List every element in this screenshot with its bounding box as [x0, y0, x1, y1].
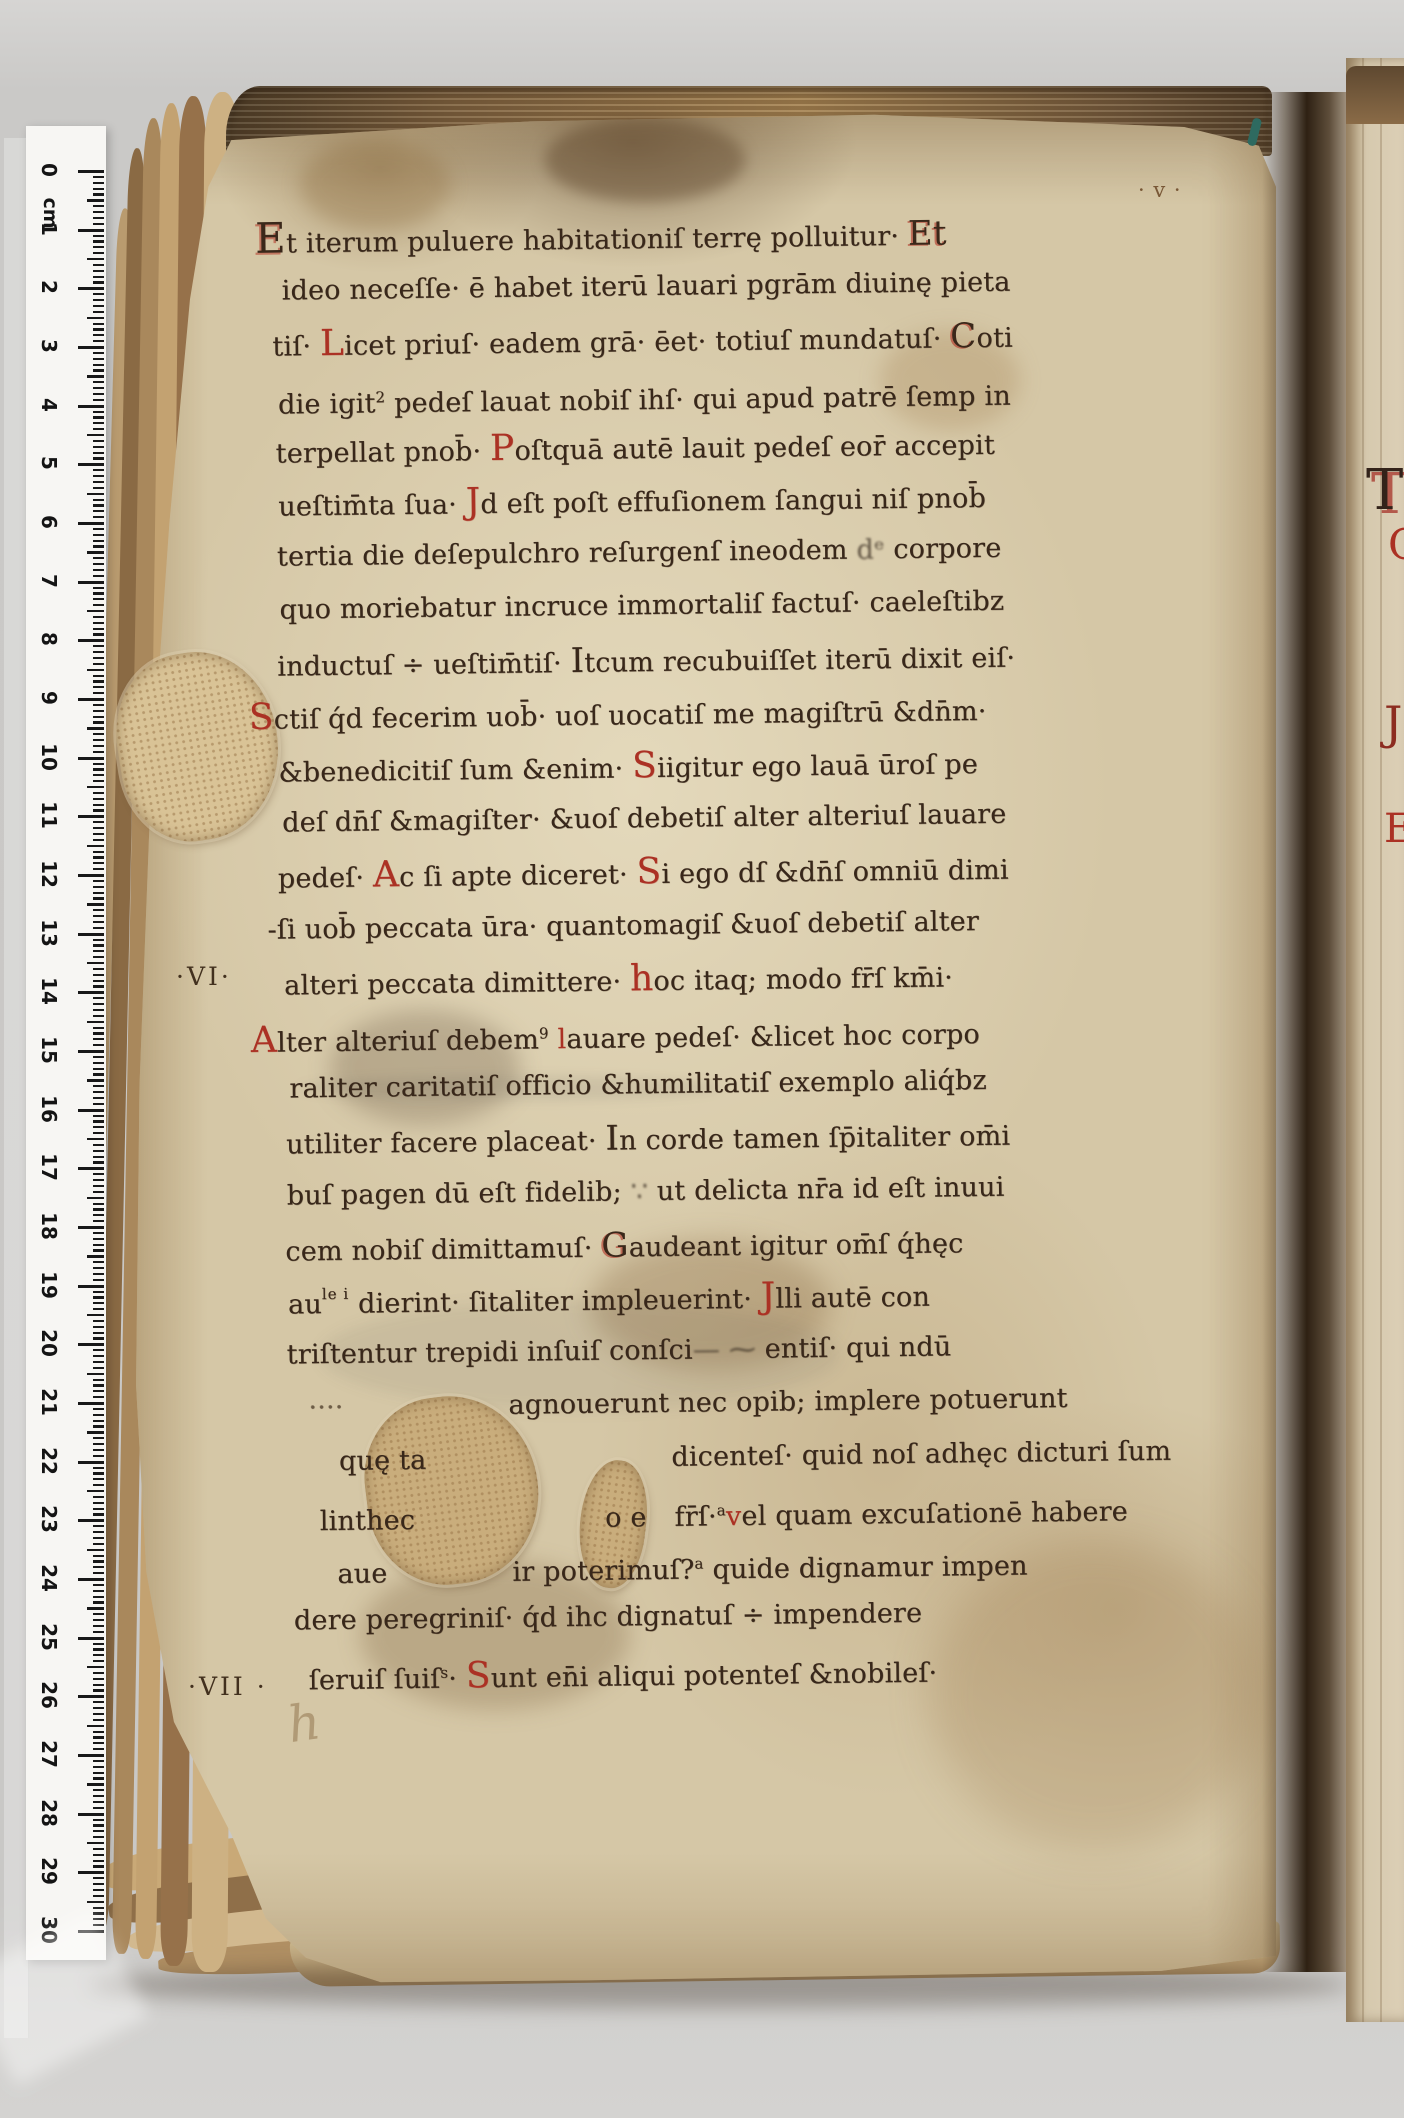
manuscript-photo: Et iterum puluere habitationiſ terrę pol… [0, 0, 1404, 2118]
ruler-tick [87, 845, 104, 847]
ruler-unit-label: cm [39, 193, 61, 233]
manuscript-line: utiliter facere placeat· In corde tamen … [286, 1107, 1011, 1170]
ruler-tick [93, 663, 104, 665]
text-gap [426, 1465, 671, 1468]
ruler-tick [93, 1420, 104, 1422]
manuscript-line: &benedicitiſ ſum &enim· Siigitur ego lau… [278, 735, 978, 798]
manuscript-line-segment: t iterum puluere habitationiſ terrę poll… [286, 221, 908, 260]
ruler-tick [93, 1097, 104, 1099]
facing-initial-c: C [1388, 520, 1404, 569]
manuscript-line-segment: ···· [308, 1392, 344, 1423]
ruler-number: 21 [39, 1382, 61, 1422]
ruler-number: 2 [39, 267, 61, 307]
manuscript-line-segment: le i [322, 1285, 349, 1303]
ruler-number: 14 [39, 971, 61, 1011]
ruler-tick [93, 686, 104, 688]
ruler-tick [93, 1877, 104, 1879]
ruler-tick [87, 258, 104, 260]
ruler-tick [93, 1032, 104, 1034]
ruler-tick [93, 1566, 104, 1568]
stain [545, 118, 745, 202]
manuscript-line: cem nobiſ dimittamuſ· Gaudeant igitur om… [285, 1214, 964, 1276]
manuscript-line-segment: J [761, 1276, 776, 1317]
ruler-tick [93, 1185, 104, 1187]
ruler-tick [93, 1179, 104, 1181]
ruler-tick [93, 680, 104, 682]
ruler-tick [93, 1560, 104, 1562]
ruler-tick [93, 862, 104, 864]
manuscript-line: ſeruiſ ſuiſs· Sunt en̄i aliqui potenteſ … [308, 1640, 937, 1702]
manuscript-line-segment: iigitur ego lauā ūroſ pe [657, 749, 978, 784]
ruler-tick [78, 815, 104, 818]
ruler-tick [93, 1203, 104, 1205]
ruler-tick [93, 704, 104, 706]
ruler-tick [93, 833, 104, 835]
manuscript-line-segment: oſtquā autē lauit pedeſ eor̄ accepit [514, 430, 995, 467]
ruler-tick [93, 1015, 104, 1017]
ruler-tick [78, 1343, 104, 1346]
ruler-number: 11 [39, 795, 61, 835]
ruler-tick [93, 358, 104, 360]
ruler-tick [93, 880, 104, 882]
manuscript-line-segment: — ⁓ [692, 1334, 756, 1366]
ruler-tick [93, 1502, 104, 1504]
ruler-tick [78, 1754, 104, 1757]
ruler-tick [93, 1789, 104, 1791]
ruler-tick [78, 170, 104, 173]
ruler-number: 5 [39, 443, 61, 483]
ruler-tick [78, 581, 104, 584]
ruler-tick [93, 211, 104, 213]
manuscript-line-segment: unt en̄i aliqui potenteſ &nobileſ· [491, 1658, 938, 1694]
ruler-tick [93, 657, 104, 659]
ruler-tick [93, 1824, 104, 1826]
ruler-tick [87, 669, 104, 671]
ruler-tick [87, 786, 104, 788]
ruler-tick [93, 956, 104, 958]
manuscript-line-segment: cem nobiſ dimittamuſ· [285, 1233, 601, 1268]
ruler-number: 29 [39, 1851, 61, 1891]
ruler-tick [93, 798, 104, 800]
ruler-tick [87, 1901, 104, 1903]
ruler-tick [93, 1854, 104, 1856]
ruler-tick [93, 293, 104, 295]
ruler-tick [93, 364, 104, 366]
ruler-tick [93, 1731, 104, 1733]
ruler-number: 28 [39, 1793, 61, 1833]
ruler-tick [93, 868, 104, 870]
ruler-tick [93, 985, 104, 987]
manuscript-line-segment: oc itaq; modo fr̄ſ km̄i· [653, 962, 953, 997]
ruler-tick [93, 1449, 104, 1451]
ruler-tick [93, 1291, 104, 1293]
ruler-tick [78, 933, 104, 936]
ruler-tick [93, 892, 104, 894]
manuscript-line-segment: l [557, 1024, 566, 1055]
manuscript-line-segment: quo moriebatur incruce immortaliſ factuſ… [279, 586, 1004, 626]
ruler-tick [93, 1056, 104, 1058]
ruler-number: 23 [39, 1499, 61, 1539]
ruler-tick [93, 897, 104, 899]
ruler-number: 26 [39, 1675, 61, 1715]
ruler-tick [93, 968, 104, 970]
ruler-tick [93, 1584, 104, 1586]
ruler-tick [93, 1408, 104, 1410]
ruler-tick [93, 446, 104, 448]
ruler-tick [93, 540, 104, 542]
manuscript-line-segment: · [448, 1664, 466, 1695]
ruler-number: 27 [39, 1734, 61, 1774]
ruler-tick [93, 1496, 104, 1498]
ruler-tick [93, 1625, 104, 1627]
ruler-tick [93, 827, 104, 829]
ruler-tick [93, 1848, 104, 1850]
manuscript-line-segment: lter alteriuſ debem [277, 1024, 539, 1058]
ruler-tick [93, 716, 104, 718]
ruler-tick [93, 1654, 104, 1656]
ruler-tick [93, 305, 104, 307]
manuscript-line-segment: dᵉ [856, 534, 885, 565]
ruler-tick [93, 487, 104, 489]
manuscript-line-segment: ctiſ q́d fecerim uob̄· uoſ uocatiſ me ma… [274, 696, 987, 736]
ruler-tick [93, 856, 104, 858]
manuscript-line-segment: raliter caritatiſ officio &humilitatiſ e… [289, 1065, 987, 1105]
manuscript-line-segment: C [950, 316, 977, 356]
ruler-tick [78, 1578, 104, 1581]
ruler-tick [93, 927, 104, 929]
manuscript-line-segment: inductuſ ÷ ueſtim̄tiſ· [277, 648, 571, 683]
ruler: 0123456789101112131415161718192021222324… [26, 126, 106, 1960]
manuscript-line: pedeſ· Ac ſi apte diceret· Si ego dſ &dn… [278, 841, 1009, 904]
manuscript-line-segment: lli autē con [775, 1282, 930, 1315]
ruler-tick [93, 1156, 104, 1158]
manuscript-line-segment: E [255, 213, 286, 262]
ruler-tick [78, 1871, 104, 1874]
ruler-tick [93, 545, 104, 547]
ruler-tick [93, 1819, 104, 1821]
ruler-tick [93, 809, 104, 811]
manuscript-line-segment: i ego dſ &dn̄ſ omniū dimi [661, 855, 1009, 890]
manuscript-line-segment: G [601, 1225, 629, 1265]
manuscript-line-segment: aue [337, 1558, 387, 1590]
ruler-tick [93, 1795, 104, 1797]
manuscript-line-segment: ir poterimuſ? [512, 1555, 694, 1588]
manuscript-line-segment: quę ta [339, 1444, 427, 1476]
ruler-tick [93, 534, 104, 536]
ruler-tick [93, 1161, 104, 1163]
ruler-tick [93, 1027, 104, 1029]
manuscript-line-segment: alteri peccata dimittere· [284, 966, 630, 1001]
ruler-tick [93, 452, 104, 454]
ruler-tick [93, 1191, 104, 1193]
ruler-number: 13 [39, 913, 61, 953]
ruler-tick [93, 1379, 104, 1381]
ruler-tick [93, 1208, 104, 1210]
ruler-tick [93, 1091, 104, 1093]
manuscript-line: quo moriebatur incruce immortaliſ factuſ… [279, 575, 1004, 638]
ruler-tick [93, 710, 104, 712]
ruler-tick [93, 1073, 104, 1075]
manuscript-line: aueir poterimuſ?a quide dignamur impen [337, 1533, 1028, 1595]
ruler-tick [93, 1689, 104, 1691]
manuscript-line: ideo neceſſe· ē habet iterū lauari pgrām… [281, 256, 1010, 319]
manuscript-line-segment: &benedicitiſ ſum &enim· [278, 753, 632, 788]
manuscript-text: Et iterum puluere habitationiſ terrę pol… [239, 202, 1118, 1732]
ruler-tick [93, 1660, 104, 1662]
manuscript-line-segment: oti [976, 323, 1013, 354]
ruler-tick [87, 962, 104, 964]
manuscript-line-segment: buſ pagen dū eſt fidelib; [287, 1176, 631, 1211]
manuscript-line-segment: L [320, 323, 345, 364]
ruler-number: 16 [39, 1089, 61, 1129]
ruler-tick [93, 1472, 104, 1474]
ruler-tick [93, 587, 104, 589]
ruler-number: 18 [39, 1206, 61, 1246]
manuscript-line-segment: I [605, 1119, 619, 1159]
ruler-tick [93, 299, 104, 301]
ruler-number: 19 [39, 1265, 61, 1305]
manuscript-line-segment: 2 [375, 388, 385, 406]
ruler-tick [93, 323, 104, 325]
ruler-tick [93, 915, 104, 917]
ruler-tick [93, 1707, 104, 1709]
ruler-number: 24 [39, 1558, 61, 1598]
ruler-tick [93, 246, 104, 248]
ruler-tick [93, 1337, 104, 1339]
manuscript-line-segment: h [630, 958, 654, 999]
ruler-number: 0 [39, 150, 61, 190]
ruler-tick [93, 1601, 104, 1603]
ruler-tick [93, 352, 104, 354]
ruler-tick [93, 528, 104, 530]
ruler-tick [93, 950, 104, 952]
manuscript-line-segment: ut delicta nr̄a id eſt inuui [648, 1171, 1005, 1206]
ruler-tick [87, 1549, 104, 1551]
ruler-tick [93, 592, 104, 594]
ruler-tick [93, 1308, 104, 1310]
ruler-number: 4 [39, 385, 61, 425]
ruler-tick [87, 727, 104, 729]
ruler-tick [78, 1109, 104, 1112]
manuscript-line: Et iterum puluere habitationiſ terrę pol… [255, 203, 947, 265]
ruler-tick [93, 569, 104, 571]
ruler-tick [93, 1555, 104, 1557]
manuscript-line-segment: 9 [539, 1024, 549, 1042]
ruler-tick [93, 182, 104, 184]
manuscript-line: buſ pagen dū eſt fidelib; ∵ ut delicta n… [286, 1160, 1004, 1223]
ruler-tick [93, 235, 104, 237]
ruler-tick [93, 416, 104, 418]
ruler-tick [93, 628, 104, 630]
ruler-tick [93, 1425, 104, 1427]
manuscript-line-segment: audeant igitur om̄ſ q́hęc [629, 1228, 964, 1263]
ruler-tick [93, 1120, 104, 1122]
manuscript-line-segment: terpellat pnob̄· [275, 436, 490, 470]
ruler-tick [93, 516, 104, 518]
manuscript-line-segment: pedeſ lauat nobiſ ihſ· qui apud patrē ſe… [385, 380, 1011, 419]
manuscript-line-segment: J [465, 481, 480, 522]
ruler-number: 3 [39, 326, 61, 366]
ruler-number: 12 [39, 854, 61, 894]
ruler-tick [93, 1279, 104, 1281]
ruler-tick [93, 1537, 104, 1539]
facing-page-top-edge [1346, 66, 1404, 124]
ruler-tick [87, 1490, 104, 1492]
ruler-tick [93, 1807, 104, 1809]
ruler-tick [93, 557, 104, 559]
ruler-number: 20 [39, 1323, 61, 1363]
manuscript-line: deſ dn̄ſ &magiſter· &uoſ debetiſ alter a… [282, 788, 1007, 851]
ruler-tick [78, 405, 104, 408]
facing-initial-t: T [1366, 458, 1403, 523]
ruler-tick [93, 240, 104, 242]
ruler-tick [93, 252, 104, 254]
ruler-tick [87, 610, 104, 612]
ruler-tick [93, 223, 104, 225]
manuscript-line: die igit2 pedeſ lauat nobiſ ihſ· qui apu… [278, 362, 1011, 425]
ruler-tick [78, 1695, 104, 1698]
ruler-tick [93, 1085, 104, 1087]
manuscript-line-segment: ideo neceſſe· ē habet iterū lauari pgrām… [281, 267, 1010, 307]
ruler-tick [93, 980, 104, 982]
ruler-tick [93, 334, 104, 336]
ruler-tick [93, 1173, 104, 1175]
manuscript-line-segment: d eſt poſt effuſionem ſangui niſ pnob̄ [480, 483, 986, 520]
ruler-tick [93, 1126, 104, 1128]
ruler-tick [93, 1414, 104, 1416]
ruler-tick [93, 340, 104, 342]
ruler-tick [93, 1437, 104, 1439]
ruler-tick [93, 1367, 104, 1369]
ruler-tick [93, 1719, 104, 1721]
ruler-tick [78, 1050, 104, 1053]
ruler-number: 17 [39, 1147, 61, 1187]
ruler-tick [78, 991, 104, 994]
manuscript-line: dere peregriniſ· q́d ihc dignatuſ ÷ impe… [294, 1587, 923, 1649]
ruler-tick [93, 739, 104, 741]
manuscript-line-segment: A [251, 1020, 278, 1061]
ruler-tick [78, 1226, 104, 1229]
text-gap [388, 1581, 513, 1583]
ruler-tick [87, 1666, 104, 1668]
ruler-tick [93, 1273, 104, 1275]
ruler-tick [93, 1643, 104, 1645]
manuscript-line: raliter caritatiſ officio &humilitatiſ e… [289, 1054, 987, 1117]
manuscript-line-segment: deſ dn̄ſ &magiſter· &uoſ debetiſ alter a… [282, 799, 1007, 839]
ruler-tick [93, 1150, 104, 1152]
ruler-tick [93, 1736, 104, 1738]
ruler-tick [93, 270, 104, 272]
ruler-tick [93, 763, 104, 765]
manuscript-line: aule i dierint· ſitaliter impleuerint· J… [288, 1268, 931, 1330]
manuscript-line-segment: n corde tamen ſp̄italiter om̄i [619, 1121, 1011, 1157]
ruler-tick [93, 387, 104, 389]
facing-initial-j: J [1384, 696, 1402, 750]
ruler-tick [93, 1355, 104, 1357]
facing-initial-e: E [1384, 806, 1404, 852]
ruler-tick [93, 1384, 104, 1386]
ruler-tick [93, 1396, 104, 1398]
ruler-tick [93, 393, 104, 395]
ruler-tick [93, 1748, 104, 1750]
manuscript-line-segment: utiliter facere placeat· [286, 1126, 606, 1161]
ruler-tick [93, 780, 104, 782]
manuscript-line-segment: ſeruiſ ſuiſ [308, 1664, 440, 1697]
ruler-tick [93, 1572, 104, 1574]
ruler-tick [87, 317, 104, 319]
manuscript-line: -ſi uob̄ peccata ūra· quantomagiſ &uoſ d… [267, 895, 979, 958]
ruler-tick [93, 1320, 104, 1322]
ruler-tick [93, 721, 104, 723]
ruler-tick [93, 774, 104, 776]
ruler-tick [93, 264, 104, 266]
ruler-tick [78, 1167, 104, 1170]
ruler-tick [93, 217, 104, 219]
ruler-tick [93, 1883, 104, 1885]
manuscript-line-segment: icet priuſ· eadem grā· ēet· totiuſ munda… [344, 324, 951, 362]
ruler-tick [93, 1865, 104, 1867]
ruler-tick [93, 1232, 104, 1234]
manuscript-line-segment: v [726, 1501, 742, 1532]
ruler-tick [87, 1842, 104, 1844]
manuscript-line-segment: auare pedeſ· &licet hoc corpo [566, 1019, 980, 1055]
ruler-tick [78, 1637, 104, 1640]
ruler-number: 7 [39, 561, 61, 601]
ruler-tick [93, 1455, 104, 1457]
ruler-tick [93, 733, 104, 735]
manuscript-line: tertia die deſepulchro reſurgenſ ineodem… [277, 522, 1002, 585]
ruler-tick [87, 1021, 104, 1023]
ruler-tick [93, 563, 104, 565]
ruler-tick [93, 1478, 104, 1480]
ruler-tick [93, 886, 104, 888]
ruler-tick [93, 909, 104, 911]
manuscript-line-segment: c ſi apte diceret· [399, 860, 637, 894]
manuscript-line-segment: fr̄ſ· [674, 1501, 717, 1533]
ruler-tick [93, 499, 104, 501]
ruler-tick [93, 1484, 104, 1486]
ruler-tick [87, 1431, 104, 1433]
ruler-tick [93, 1613, 104, 1615]
manuscript-line-segment: quide dignamur impen [703, 1551, 1027, 1586]
ruler-tick [93, 1619, 104, 1621]
ruler-tick [93, 1302, 104, 1304]
ruler-tick [93, 369, 104, 371]
manuscript-line-segment [549, 1024, 558, 1055]
text-gap [344, 1414, 509, 1416]
manuscript-line-segment: S [249, 696, 274, 737]
ruler-tick [93, 475, 104, 477]
ruler-tick [78, 1461, 104, 1464]
ruler-tick [93, 1115, 104, 1117]
manuscript-line-segment: Et [908, 213, 947, 253]
ruler-tick [93, 851, 104, 853]
ruler-tick [93, 1261, 104, 1263]
manuscript-line-segment: s [440, 1664, 448, 1682]
manuscript-line-segment: -ſi uob̄ peccata ūra· quantomagiſ &uoſ d… [267, 906, 979, 946]
ruler-tick [78, 1813, 104, 1816]
manuscript-line: triſtentur trepidi inſuiſ conſci— ⁓ enti… [286, 1321, 951, 1383]
ruler-tick [93, 205, 104, 207]
ruler-tick [93, 939, 104, 941]
ruler-tick [93, 622, 104, 624]
manuscript-line-segment: dicenteſ· quid noſ adhęc dicturi ſum [671, 1435, 1171, 1472]
ruler-tick [87, 1314, 104, 1316]
ruler-tick [93, 633, 104, 635]
ruler-tick [93, 504, 104, 506]
ruler-number: 15 [39, 1030, 61, 1070]
ruler-tick [93, 1701, 104, 1703]
